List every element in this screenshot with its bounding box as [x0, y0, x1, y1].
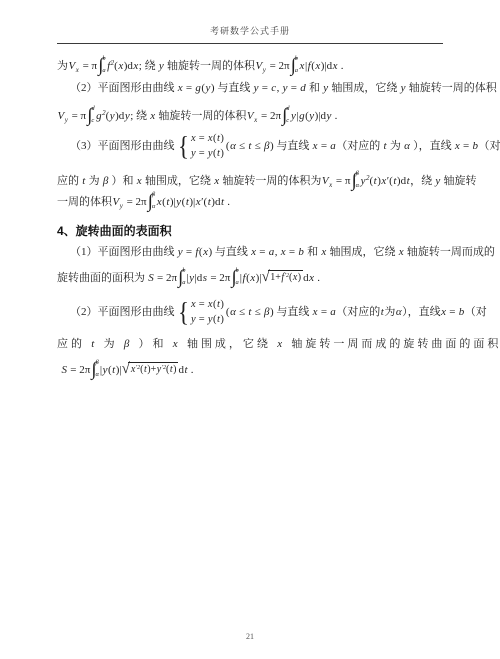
- math-variable: x: [133, 60, 139, 72]
- math-variable: x: [309, 272, 315, 284]
- math-subscript: y: [65, 116, 69, 124]
- math-variable: α: [404, 140, 411, 152]
- math-variable: x: [312, 140, 318, 152]
- math-variable: x: [277, 338, 286, 350]
- document-line: 应的 t 为 β ）和 x 轴围成，它绕 x 轴旋转一周而成的旋转曲面的面积为: [57, 332, 445, 356]
- radicand: x′2(t)+y′2(t): [128, 362, 178, 376]
- math-variable: y: [207, 314, 213, 325]
- integral-upper-limit: b: [102, 56, 105, 63]
- math-variable: α: [230, 140, 237, 152]
- integral-icon: ∫ba: [178, 267, 185, 287]
- integral-limits: ba: [295, 55, 298, 75]
- math-variable: x: [207, 299, 213, 310]
- math-variable: x: [251, 246, 257, 258]
- math-variable: x: [177, 82, 183, 94]
- math-variable: t: [380, 306, 384, 318]
- math-variable: y: [326, 110, 332, 122]
- math-variable: x: [292, 272, 297, 283]
- integral-icon: ∫ba: [291, 55, 298, 75]
- math-variable: y: [205, 82, 211, 94]
- math-variable: y: [102, 364, 108, 376]
- math-variable: y: [189, 272, 195, 284]
- math-variable: y: [207, 148, 213, 159]
- math-variable: t: [383, 140, 387, 152]
- integral-limits: dc: [91, 105, 94, 125]
- math-variable: x: [172, 338, 181, 350]
- document-content: 为Vx = π∫baf2(x)dx; 绕 y 轴旋转一周的体积Vy = 2π∫b…: [57, 50, 445, 384]
- cases-rows: x = x(t)y = y(t): [190, 297, 223, 327]
- math-variable: t: [393, 175, 397, 187]
- math-variable: t: [406, 175, 410, 187]
- left-brace-glyph: {: [177, 133, 188, 160]
- math-superscript: ′2: [285, 273, 289, 279]
- section-heading: 4、旋转曲面的表面积: [57, 222, 445, 240]
- math-variable: t: [216, 314, 220, 325]
- math-variable: f: [242, 272, 246, 284]
- math-variable: t: [216, 133, 220, 144]
- math-variable: y: [282, 82, 288, 94]
- math-variable: x: [321, 246, 327, 258]
- math-subscript: y: [263, 66, 267, 74]
- math-variable: y: [176, 196, 182, 208]
- math-superscript: ′2: [162, 365, 166, 371]
- sqrt-radical: √x′2(t)+y′2(t): [122, 362, 179, 378]
- integral-upper-limit: b: [295, 56, 298, 63]
- integral-upper-limit: d: [286, 106, 289, 113]
- math-variable: d: [300, 82, 307, 94]
- math-variable: t: [220, 196, 224, 208]
- math-variable: x: [190, 133, 196, 144]
- math-variable: t: [184, 364, 188, 376]
- math-variable: b: [472, 140, 479, 152]
- math-variable: t: [248, 306, 252, 318]
- integral-icon: ∫ba: [98, 55, 105, 75]
- math-superscript: 2: [102, 109, 106, 117]
- integral-upper-limit: b: [236, 268, 239, 275]
- math-variable: t: [207, 196, 211, 208]
- integral-icon: ∫dc: [87, 105, 94, 125]
- cases-rows: x = x(t)y = y(t): [190, 131, 223, 161]
- math-variable: y: [158, 60, 164, 72]
- integral-upper-limit: β: [95, 360, 98, 367]
- math-variable: x: [118, 60, 124, 72]
- integral-upper-limit: β: [152, 192, 155, 199]
- math-subscript: x: [76, 66, 80, 74]
- document-line: （1）平面图形由曲线 y = f(x) 与直线 x = a, x = b 和 x…: [57, 240, 445, 264]
- cases-system: {x = x(t)y = y(t): [177, 297, 224, 327]
- document-line: 应的 t 为 β ）和 x 轴围成，它绕 x 轴旋转一周的体积为Vx = π∫β…: [57, 166, 445, 190]
- integral-icon: ∫ba: [231, 267, 238, 287]
- math-variable: t: [166, 196, 170, 208]
- math-variable: y: [435, 175, 441, 187]
- math-variable: f: [307, 60, 311, 72]
- math-variable: a: [330, 306, 337, 318]
- math-subscript: x: [254, 116, 258, 124]
- header-divider: [57, 43, 443, 44]
- math-variable: x: [398, 246, 404, 258]
- math-variable: b: [298, 246, 305, 258]
- math-variable: x: [381, 175, 387, 187]
- math-variable: x: [207, 133, 213, 144]
- integral-icon: ∫βα: [148, 191, 156, 211]
- math-variable: y: [323, 82, 329, 94]
- math-variable: V: [255, 60, 263, 72]
- document-line: （2）平面图形由曲线 x = g(y) 与直线 y = c, y = d 和 y…: [57, 76, 445, 100]
- math-variable: V: [112, 196, 120, 208]
- integral-lower-limit: c: [286, 118, 289, 125]
- math-variable: y: [109, 110, 115, 122]
- document-page: 考研数学公式手册 为Vx = π∫baf2(x)dx; 绕 y 轴旋转一周的体积…: [0, 0, 500, 659]
- document-line: 为Vx = π∫baf2(x)dx; 绕 y 轴旋转一周的体积Vy = 2π∫b…: [57, 50, 445, 76]
- integral-lower-limit: a: [102, 68, 105, 75]
- math-variable: x: [195, 196, 201, 208]
- math-variable: S: [148, 272, 155, 284]
- integral-icon: ∫βα: [351, 170, 359, 190]
- cases-row: y = y(t): [190, 146, 223, 161]
- math-variable: x: [250, 272, 256, 284]
- integral-limits: dc: [286, 105, 289, 125]
- math-variable: t: [216, 299, 220, 310]
- integral-lower-limit: α: [95, 372, 98, 379]
- math-variable: g: [299, 110, 306, 122]
- math-variable: t: [185, 196, 189, 208]
- math-variable: a: [330, 140, 337, 152]
- math-variable: x: [190, 299, 196, 310]
- math-variable: t: [82, 175, 86, 187]
- left-brace-glyph: {: [177, 299, 188, 326]
- math-variable: V: [68, 60, 76, 72]
- math-variable: t: [91, 338, 98, 350]
- math-variable: t: [143, 364, 147, 375]
- document-line: S = 2π∫βα|y(t)|√x′2(t)+y′2(t)dt .: [57, 356, 445, 384]
- integral-upper-limit: β: [356, 171, 359, 178]
- math-variable: y: [190, 148, 196, 159]
- integral-icon: ∫dc: [282, 105, 289, 125]
- math-variable: V: [57, 110, 65, 122]
- integral-lower-limit: α: [356, 183, 359, 190]
- math-variable: x: [441, 306, 447, 318]
- math-variable: V: [246, 110, 254, 122]
- integral-limits: ba: [236, 267, 239, 287]
- math-variable: y: [400, 82, 406, 94]
- math-superscript: 2: [111, 59, 115, 67]
- math-variable: x: [150, 110, 156, 122]
- math-variable: t: [373, 175, 377, 187]
- math-variable: x: [312, 306, 318, 318]
- document-line: （3）平面图形由曲线{x = x(t)y = y(t)(α ≤ t ≤ β) 与…: [57, 126, 445, 166]
- math-variable: y: [190, 314, 196, 325]
- math-variable: c: [271, 82, 277, 94]
- sqrt-radical: √1+f′2(x): [262, 270, 304, 286]
- math-variable: α: [230, 306, 237, 318]
- integral-limits: βα: [356, 170, 359, 190]
- document-line: （2）平面图形由曲线{x = x(t)y = y(t)(α ≤ t ≤ β) 与…: [57, 292, 445, 332]
- math-superscript: ′2: [136, 365, 140, 371]
- math-variable: x: [454, 140, 460, 152]
- math-variable: x: [203, 246, 209, 258]
- math-variable: x: [136, 175, 142, 187]
- math-variable: f: [195, 246, 199, 258]
- math-variable: x: [315, 60, 321, 72]
- math-variable: x: [332, 60, 338, 72]
- integral-limits: βα: [95, 359, 98, 379]
- integral-limits: βα: [152, 191, 155, 211]
- cases-system: {x = x(t)y = y(t): [177, 131, 224, 161]
- integral-lower-limit: a: [295, 68, 298, 75]
- math-variable: y: [124, 110, 130, 122]
- integral-lower-limit: c: [91, 118, 94, 125]
- document-line: Vy = π∫dcg2(y)dy; 绕 x 轴旋转一周的体积Vx = 2π∫dc…: [57, 100, 445, 126]
- integral-limits: ba: [182, 267, 185, 287]
- math-variable: β: [264, 140, 270, 152]
- integral-upper-limit: b: [182, 268, 185, 275]
- math-variable: x: [299, 60, 305, 72]
- integral-lower-limit: a: [236, 280, 239, 287]
- document-line: 旋转曲面的面积为 S = 2π∫ba|y|ds = 2π∫ba|f(x)|√1+…: [57, 264, 445, 292]
- math-variable: y: [290, 110, 296, 122]
- math-superscript: 2: [366, 174, 370, 182]
- math-variable: g: [195, 82, 202, 94]
- math-variable: β: [264, 306, 270, 318]
- math-variable: x: [156, 196, 162, 208]
- math-subscript: x: [329, 181, 333, 189]
- math-variable: y: [309, 110, 315, 122]
- cases-row: x = x(t): [190, 131, 223, 146]
- integral-limits: ba: [102, 55, 105, 75]
- math-variable: t: [169, 364, 173, 375]
- math-variable: t: [216, 148, 220, 159]
- math-variable: y: [253, 82, 259, 94]
- document-line: 一周的体积Vy = 2π∫βαx(t)|y(t)|x′(t)dt .: [57, 190, 445, 214]
- math-variable: y: [177, 246, 183, 258]
- integral-lower-limit: a: [182, 280, 185, 287]
- page-number: 21: [0, 632, 500, 641]
- math-variable: α: [395, 306, 402, 318]
- integral-lower-limit: α: [152, 204, 155, 211]
- header-title: 考研数学公式手册: [57, 24, 443, 37]
- math-variable: V: [321, 175, 329, 187]
- math-variable: a: [268, 246, 275, 258]
- cases-row: y = y(t): [190, 312, 223, 327]
- math-variable: s: [202, 272, 207, 284]
- math-variable: β: [102, 175, 108, 187]
- math-variable: x: [280, 246, 286, 258]
- math-variable: t: [248, 140, 252, 152]
- math-variable: β: [123, 338, 132, 350]
- cases-row: x = x(t): [190, 297, 223, 312]
- integral-upper-limit: d: [91, 106, 94, 113]
- math-variable: S: [61, 364, 68, 376]
- radicand: 1+f′2(x): [268, 270, 303, 284]
- math-variable: x: [214, 175, 220, 187]
- math-variable: t: [112, 364, 116, 376]
- math-variable: b: [458, 306, 465, 318]
- math-subscript: y: [120, 202, 124, 210]
- integral-icon: ∫βα: [91, 359, 99, 379]
